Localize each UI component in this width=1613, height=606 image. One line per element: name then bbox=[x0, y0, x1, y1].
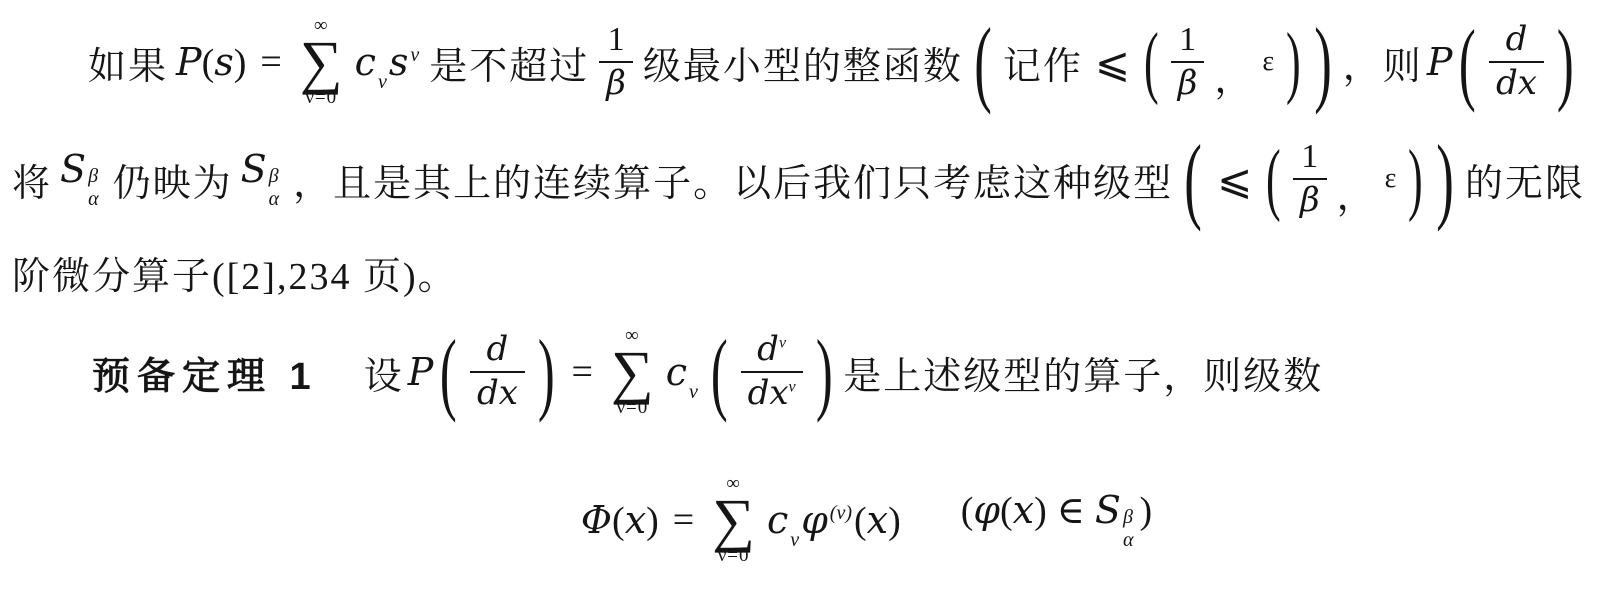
text-she: 设 bbox=[364, 345, 404, 400]
big-paren-open: ( bbox=[1266, 139, 1281, 219]
subscript-nu: ν bbox=[378, 71, 387, 93]
var-S: S bbox=[241, 147, 267, 191]
var-P: P bbox=[1427, 40, 1453, 84]
summation-symbol: ∞ ∑ ν=0 bbox=[300, 16, 343, 109]
fraction-denominator: β bbox=[599, 61, 633, 102]
sum-lower-limit: ν=0 bbox=[305, 88, 337, 109]
paren-open: ( bbox=[854, 500, 867, 542]
big-paren-open: ( bbox=[711, 326, 728, 418]
summation-symbol: ∞ ∑ ν=0 bbox=[712, 474, 755, 567]
subscript-alpha: α bbox=[88, 188, 99, 211]
math-c-nu-phi-nu-x: cνφ(ν)(x) bbox=[767, 498, 901, 543]
var-c: c bbox=[666, 350, 687, 394]
fraction-1-over-beta: 1 β bbox=[1293, 139, 1327, 218]
big-paren-open: ( bbox=[440, 326, 457, 418]
var-Phi: Φ bbox=[581, 498, 612, 542]
big-paren-close: ) bbox=[538, 326, 555, 418]
text-qieshiqishang: ，且是其上的连续算子。以后我们只考虑这种级型 bbox=[293, 152, 1173, 207]
big-paren-open: ( bbox=[1144, 22, 1159, 102]
var-c: c bbox=[355, 40, 376, 84]
big-paren-open: ( bbox=[974, 14, 992, 110]
math-S-alpha-beta: Sβα bbox=[60, 147, 105, 211]
big-paren-open: ( bbox=[1459, 16, 1476, 108]
var-s: s bbox=[389, 40, 409, 84]
paren-close: ) bbox=[234, 42, 247, 84]
var-d: d bbox=[757, 329, 779, 369]
subscript-alpha: α bbox=[269, 188, 280, 211]
var-x: x bbox=[625, 498, 646, 542]
epsilon-symbol: ε bbox=[1262, 46, 1274, 78]
text-jieweifensuanzi-ref: 阶微分算子([2],234 页)。 bbox=[12, 245, 458, 300]
var-s: s bbox=[214, 40, 234, 84]
subscript-nu: ν bbox=[790, 529, 799, 551]
text-rengyingwei: 仍映为 bbox=[113, 152, 233, 207]
var-x: x bbox=[867, 498, 888, 542]
paren-open: ( bbox=[961, 490, 974, 532]
paren-close: ) bbox=[646, 500, 659, 542]
display-formula: Φ(x) = ∞ ∑ ν=0 cνφ(ν)(x) (φ(x)∈Sβα) bbox=[0, 434, 1613, 606]
fraction-denominator: dx bbox=[470, 371, 525, 412]
math-S-alpha-beta: Sβα bbox=[241, 147, 286, 211]
comma: ， bbox=[1337, 165, 1375, 220]
fraction-denominator: β bbox=[1293, 178, 1327, 219]
big-paren-close: ) bbox=[816, 326, 833, 418]
fraction-1-over-beta: 1 β bbox=[1171, 22, 1205, 101]
math-condition: (φ(x)∈Sβα) bbox=[961, 488, 1152, 552]
text-ruguo: 如果 bbox=[88, 35, 168, 90]
equals-sign: = bbox=[673, 498, 694, 542]
fraction-1-over-beta: 1 β bbox=[599, 22, 633, 101]
superscript-beta: β bbox=[269, 165, 280, 188]
fraction-denominator: β bbox=[1171, 61, 1205, 102]
fraction-denominator: dx bbox=[1489, 61, 1544, 102]
leq-symbol: ⩽ bbox=[1095, 38, 1130, 87]
var-c: c bbox=[767, 498, 788, 542]
fraction-d-over-dx: d dx bbox=[1489, 22, 1544, 101]
sigma-icon: ∑ bbox=[611, 347, 654, 398]
fraction-denominator: dxν bbox=[741, 371, 803, 412]
lemma1-line: 预备定理 1 设 P ( d dx ) = ∞ ∑ ν=0 cν ( dν dx… bbox=[0, 310, 1613, 434]
var-x: x bbox=[1013, 488, 1034, 532]
element-of-symbol: ∈ bbox=[1057, 490, 1085, 532]
fraction-numerator: d bbox=[470, 332, 525, 371]
sum-lower-limit: ν=0 bbox=[616, 398, 648, 419]
sigma-icon: ∑ bbox=[712, 495, 755, 546]
big-paren-close: ) bbox=[1436, 131, 1454, 227]
fraction-numerator: dν bbox=[741, 332, 803, 371]
sigma-icon: ∑ bbox=[300, 37, 343, 88]
text-shibuchaoguo: 是不超过 bbox=[429, 35, 589, 90]
var-phi: φ bbox=[801, 498, 828, 542]
sum-lower-limit: ν=0 bbox=[718, 546, 750, 567]
subscript-alpha: α bbox=[1123, 529, 1134, 552]
paren-close: ) bbox=[888, 500, 901, 542]
var-S: S bbox=[1095, 488, 1121, 532]
big-paren-open: ( bbox=[1184, 131, 1202, 227]
superscript-beta: β bbox=[1123, 506, 1134, 529]
paragraph1-line3: 阶微分算子([2],234 页)。 bbox=[0, 234, 1613, 310]
text-ze: ，则 bbox=[1343, 35, 1423, 90]
var-S: S bbox=[60, 147, 86, 191]
superscript-nu: ν bbox=[779, 335, 786, 352]
math-P-of-s: P(s) bbox=[176, 40, 246, 85]
text-jiang: 将 bbox=[12, 152, 52, 207]
math-c-nu-s-nu: cνsν bbox=[355, 40, 422, 85]
epsilon-symbol: ε bbox=[1385, 163, 1397, 195]
paren-open: ( bbox=[612, 500, 625, 542]
fraction-dnu-over-dxnu: dν dxν bbox=[741, 332, 803, 411]
superscript-nu: ν bbox=[789, 379, 796, 396]
superscript-beta: β bbox=[88, 165, 99, 188]
leq-symbol: ⩽ bbox=[1217, 155, 1252, 204]
fraction-d-over-dx: d dx bbox=[470, 332, 525, 411]
text-ji-zuixiaoxing: 级最小型的整函数 bbox=[643, 35, 963, 90]
summation-symbol: ∞ ∑ ν=0 bbox=[611, 326, 654, 419]
fraction-numerator: 1 bbox=[1293, 139, 1327, 178]
equals-sign: = bbox=[260, 40, 281, 84]
paren-close: ) bbox=[1034, 490, 1047, 532]
paren-open: ( bbox=[1000, 490, 1013, 532]
superscript-nu: ν bbox=[410, 44, 419, 66]
var-P: P bbox=[176, 40, 202, 84]
fraction-numerator: d bbox=[1489, 22, 1544, 61]
paren-close: ) bbox=[1139, 490, 1152, 532]
text-dewuxian: 的无限 bbox=[1465, 152, 1585, 207]
big-paren-close: ) bbox=[1314, 14, 1332, 110]
paragraph1-line1: 如果 P(s) = ∞ ∑ ν=0 cνsν 是不超过 1 β 级最小型的整函数… bbox=[0, 0, 1613, 124]
lemma-heading: 预备定理 1 bbox=[92, 345, 318, 400]
math-Phi-of-x: Φ(x) bbox=[581, 498, 659, 543]
S-sup-sub-stack: βα bbox=[1123, 506, 1134, 552]
subscript-nu: ν bbox=[689, 381, 698, 403]
math-c-nu: cν bbox=[666, 350, 700, 395]
text-jizuo: 记作 bbox=[1003, 35, 1083, 90]
big-paren-close: ) bbox=[1408, 139, 1423, 219]
text-shishangshu: 是上述级型的算子，则级数 bbox=[843, 345, 1323, 400]
superscript-paren-nu: (ν) bbox=[830, 502, 852, 524]
var-P: P bbox=[408, 350, 434, 394]
big-paren-close: ) bbox=[1557, 16, 1574, 108]
fraction-numerator: 1 bbox=[599, 22, 633, 61]
var-phi: φ bbox=[973, 488, 1000, 532]
comma: ， bbox=[1214, 48, 1252, 103]
paren-open: ( bbox=[202, 42, 215, 84]
equals-sign: = bbox=[572, 350, 593, 394]
fraction-numerator: 1 bbox=[1171, 22, 1205, 61]
var-dx: dx bbox=[748, 373, 789, 413]
paragraph1-line2: 将 Sβα 仍映为 Sβα ，且是其上的连续算子。以后我们只考虑这种级型 ( ⩽… bbox=[0, 124, 1613, 234]
big-paren-close: ) bbox=[1286, 22, 1301, 102]
